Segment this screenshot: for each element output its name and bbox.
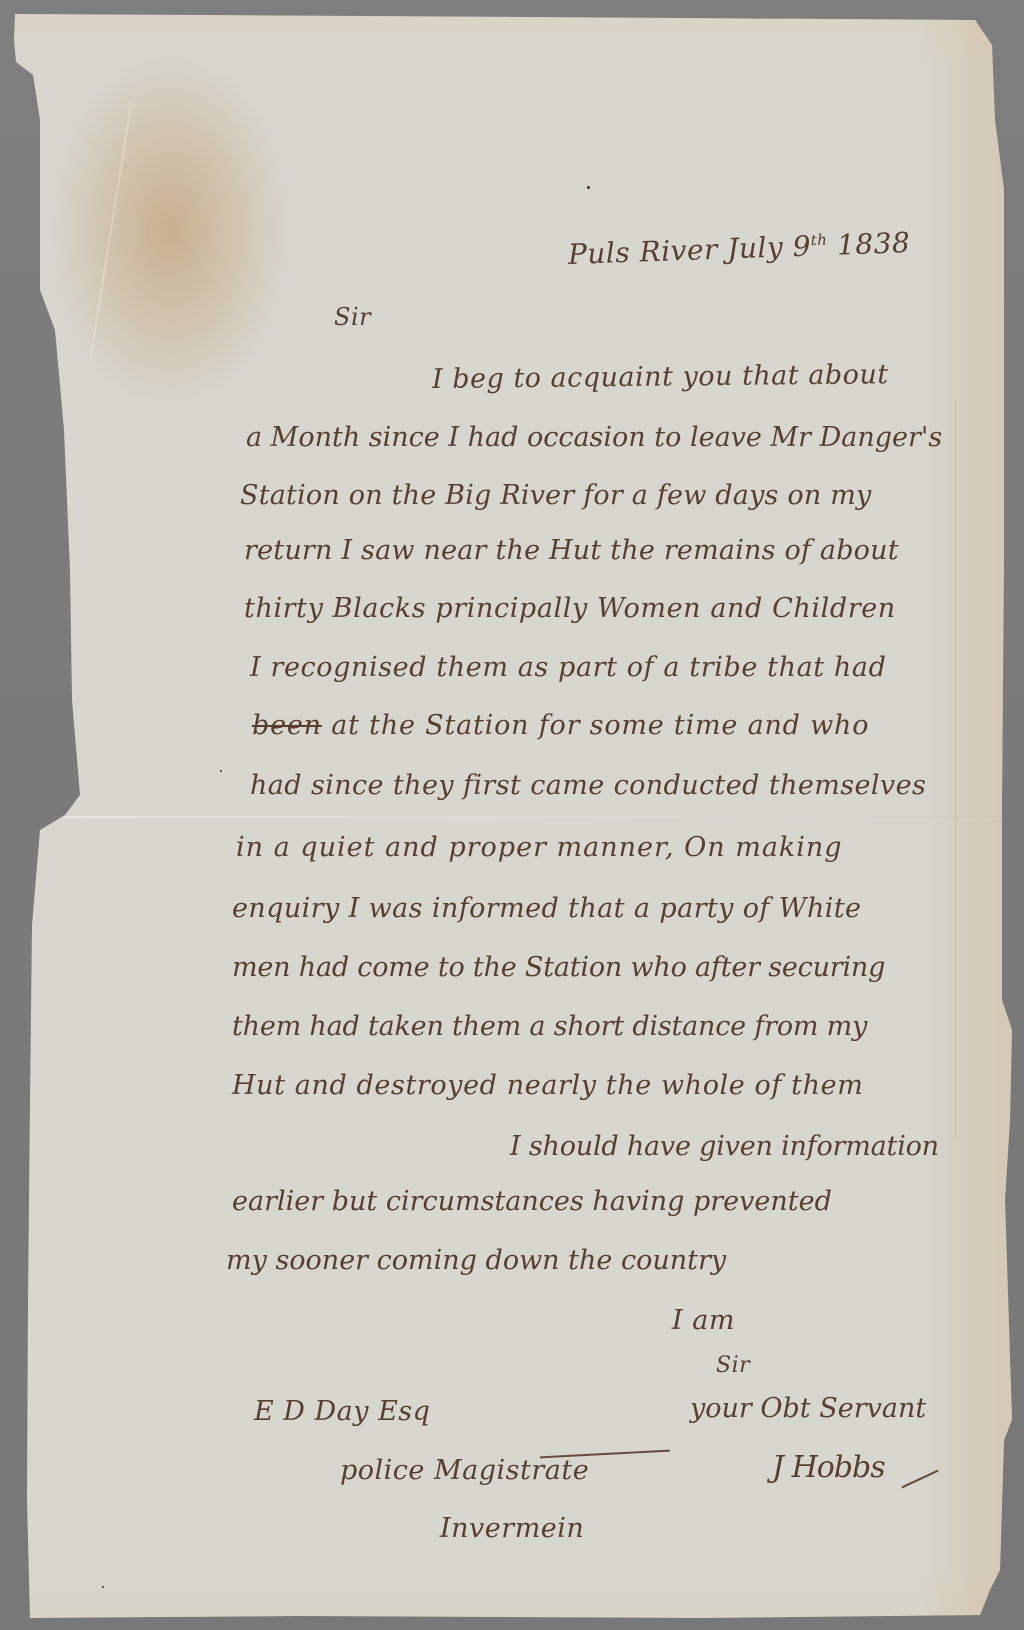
body-line-4: return I saw near the Hut the remains of…: [244, 535, 899, 566]
closing-i-am: I am: [672, 1305, 735, 1336]
closing-paragraph-line-1: I should have given information: [510, 1131, 939, 1162]
ink-speck: [220, 770, 222, 772]
dateline-place: Puls River: [567, 233, 718, 271]
body-line-12: them had taken them a short distance fro…: [232, 1011, 867, 1042]
body-line-2: a Month since I had occasion to leave Mr…: [246, 422, 942, 453]
body-line-9: in a quiet and proper manner, On making: [236, 832, 843, 863]
fold-crease-horizontal: [64, 816, 1004, 818]
body-line-8: had since they first came conducted them…: [250, 770, 926, 801]
body-line-10: enquiry I was informed that a party of W…: [232, 893, 861, 924]
body-line-5: thirty Blacks principally Women and Chil…: [244, 593, 896, 624]
body-line-7: been at the Station for some time and wh…: [252, 710, 869, 741]
dateline-date-suffix: th: [810, 231, 827, 250]
ink-speck: [102, 1586, 104, 1588]
fold-crease-vertical: [955, 400, 956, 1140]
closing-paragraph-line-3: my sooner coming down the country: [226, 1245, 726, 1276]
closing-sir: Sir: [716, 1353, 750, 1378]
struck-word: been: [252, 710, 322, 741]
body-line-6: I recognised them as part of a tribe tha…: [250, 652, 886, 683]
signature: J Hobbs: [772, 1450, 885, 1485]
body-line-3: Station on the Big River for a few days …: [240, 480, 871, 511]
body-line-1: I beg to acquaint you that about: [432, 359, 889, 395]
addressee-place: Invermein: [440, 1513, 584, 1544]
closing-paragraph-line-2: earlier but circumstances having prevent…: [232, 1186, 832, 1217]
salutation: Sir: [334, 303, 371, 331]
body-line-7-rest: at the Station for some time and who: [331, 710, 869, 741]
body-line-11: men had come to the Station who after se…: [232, 952, 885, 983]
dateline-year: 1838: [836, 226, 910, 262]
addressee-name: E D Day Esq: [254, 1396, 430, 1427]
addressee-title: police Magistrate: [340, 1455, 589, 1486]
closing-servant: your Obt Servant: [690, 1393, 926, 1424]
dateline-date: July 9: [727, 230, 812, 266]
body-line-13: Hut and destroyed nearly the whole of th…: [232, 1070, 863, 1101]
ink-speck: [587, 186, 590, 189]
